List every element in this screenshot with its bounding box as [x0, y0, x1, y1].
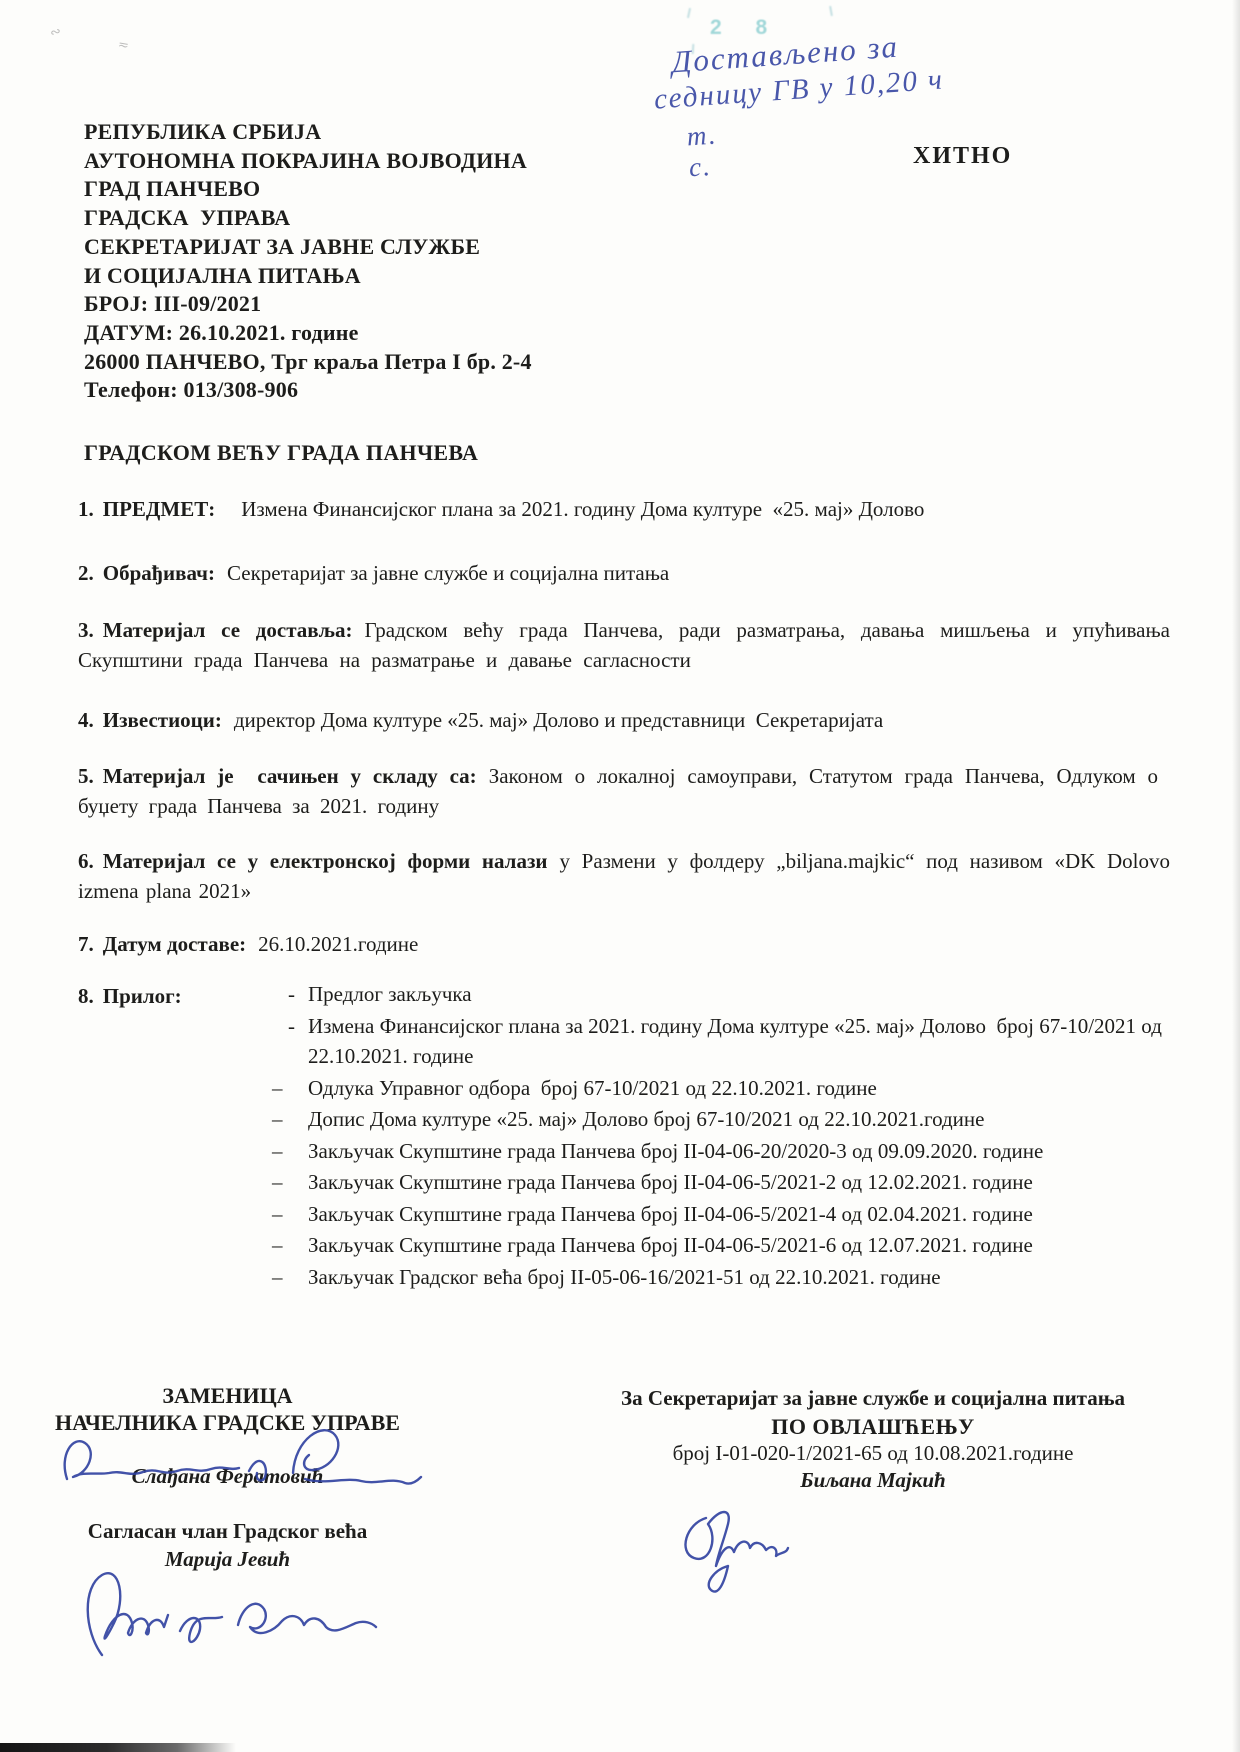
on-behalf-line: За Секретаријат за јавне службе и соција…: [548, 1386, 1198, 1411]
item-number: 3.: [78, 618, 94, 642]
attachment-text: Закључак Скупштине града Панчева број II…: [308, 1233, 1033, 1257]
authorization-number: број I-01-020-1/2021-65 од 10.08.2021.го…: [548, 1441, 1198, 1466]
signature-feratovic: [53, 1421, 425, 1505]
attachment-text: Одлука Управног одбора број 67-10/2021 о…: [308, 1076, 877, 1100]
attachment-text: Измена Финансијског плана за 2021. годин…: [308, 1014, 1167, 1069]
item-label: Датум доставе:: [103, 932, 246, 956]
item-text: директор Дома културе «25. мај» Долово и…: [234, 708, 883, 732]
attachment-row: -Измена Финансијског плана за 2021. годи…: [308, 1011, 1170, 1072]
attachment-text: Закључак Скупштине града Панчева број II…: [308, 1139, 1043, 1163]
signatory-title: ЗАМЕНИЦА: [55, 1383, 400, 1409]
urgent-label: ХИТНО: [913, 143, 1012, 170]
letterhead-line: СЕКРЕТАРИЈАТ ЗА ЈАВНЕ СЛУЖБЕ: [84, 233, 532, 262]
item-datum-dostave: 7.Датум доставе:26.10.2021.године: [78, 929, 1170, 959]
attachment-bullet: -: [288, 1011, 295, 1042]
item-label: Материјал је сачињен у складу са:: [103, 764, 477, 788]
authorization-line: ПО ОВЛАШЋЕЊУ: [548, 1414, 1198, 1440]
item-predmet: 1.ПРЕДМЕТ:Измена Финансијског плана за 2…: [78, 494, 1170, 524]
attachment-row: –Закључак Скупштине града Панчева број I…: [308, 1136, 1170, 1167]
attachment-text: Закључак Скупштине града Панчева број II…: [308, 1202, 1033, 1226]
scan-edge-artifact: [0, 1743, 236, 1752]
attachment-bullet: -: [288, 979, 295, 1010]
item-label: Известиоци:: [103, 708, 222, 732]
item-elektronska-forma: 6.Материјал се у електронској форми нала…: [78, 846, 1170, 906]
attachment-row: –Одлука Управног одбора број 67-10/2021 …: [308, 1073, 1170, 1104]
agreement-line: Сагласан члан Градског већа: [55, 1519, 400, 1544]
letterhead-line: РЕПУБЛИКА СРБИЈА: [84, 118, 532, 147]
item-izvestioci: 4.Известиоци:директор Дома културе «25. …: [78, 705, 1170, 735]
item-number: 6.: [78, 849, 94, 873]
item-number: 4.: [78, 708, 94, 732]
letterhead-line: И СОЦИЈАЛНА ПИТАЊА: [84, 262, 532, 291]
item-label: Обрађивач:: [103, 561, 215, 585]
letterhead-line: ДАТУМ: 26.10.2021. године: [84, 319, 532, 348]
scanned-document-page: ∾ ≂ 2 8 Достављено за седницу ГВ у 10,20…: [0, 0, 1240, 1752]
item-number: 1.: [78, 497, 94, 521]
attachment-text: Допис Дома културе «25. мај» Долово број…: [308, 1107, 984, 1131]
letterhead-line: ГРАД ПАНЧЕВО: [84, 175, 532, 204]
attachment-row: –Допис Дома културе «25. мај» Долово бро…: [308, 1104, 1170, 1135]
attachments-list: -Предлог закључка -Измена Финансијског п…: [308, 979, 1170, 1293]
attachment-bullet: –: [272, 1104, 283, 1135]
item-text: 26.10.2021.године: [258, 932, 418, 956]
signature-majkic: [670, 1490, 802, 1602]
attachment-bullet: –: [272, 1136, 283, 1167]
letterhead-line: ГРАДСКА УПРАВА: [84, 204, 532, 233]
item-sacinjen-u-skladu: 5.Материјал је сачињен у складу са:Закон…: [78, 761, 1158, 821]
signatory-name: Биљана Мајкић: [548, 1468, 1198, 1493]
letterhead-line: БРОЈ: III-09/2021: [84, 290, 532, 319]
scan-smudge: ∾: [48, 23, 63, 41]
recipient-title: ГРАДСКОМ ВЕЋУ ГРАДА ПАНЧЕВА: [84, 440, 478, 466]
attachment-bullet: –: [272, 1073, 283, 1104]
attachment-bullet: –: [272, 1167, 283, 1198]
attachment-text: Предлог закључка: [308, 982, 472, 1006]
attachment-text: Закључак Градског већа број II-05-06-16/…: [308, 1265, 941, 1289]
item-obradjivac: 2.Обрађивач:Секретаријат за јавне службе…: [78, 558, 1170, 588]
handwritten-note-line: т. с.: [686, 119, 721, 183]
item-number: 5.: [78, 764, 94, 788]
stamp-mark: [687, 8, 691, 18]
attachment-row: –Закључак Скупштине града Панчева број I…: [308, 1230, 1170, 1261]
letterhead-line: 26000 ПАНЧЕВО, Трг краља Петра I бр. 2-4: [84, 348, 532, 377]
letterhead-block: РЕПУБЛИКА СРБИЈА АУТОНОМНА ПОКРАЈИНА ВОЈ…: [84, 118, 532, 405]
item-label: ПРЕДМЕТ:: [103, 497, 215, 521]
item-label: Материјал се доставља:: [103, 618, 353, 642]
letterhead-line: АУТОНОМНА ПОКРАЈИНА ВОЈВОДИНА: [84, 147, 532, 176]
item-number: 7.: [78, 932, 94, 956]
item-text: Измена Финансијског плана за 2021. годин…: [241, 497, 924, 521]
item-number: 8.: [78, 984, 94, 1008]
attachment-bullet: –: [272, 1199, 283, 1230]
attachment-row: –Закључак Скупштине града Панчева број I…: [308, 1167, 1170, 1198]
item-label: Прилог:: [103, 984, 182, 1008]
item-number: 2.: [78, 561, 94, 585]
item-label: Материјал се у електронској форми налази: [103, 849, 548, 873]
scan-edge-shadow: [1232, 0, 1240, 1752]
signature-jevic: [80, 1565, 380, 1665]
attachment-row: –Закључак Скупштине града Панчева број I…: [308, 1199, 1170, 1230]
item-materijal-dostavlja: 3.Материјал се доставља:Градском већу гр…: [78, 615, 1170, 675]
attachment-bullet: –: [272, 1262, 283, 1293]
attachment-bullet: –: [272, 1230, 283, 1261]
scan-smudge: ≂: [117, 36, 131, 54]
attachment-row: –Закључак Градског већа број II-05-06-16…: [308, 1262, 1170, 1293]
item-text: Секретаријат за јавне службе и социјална…: [227, 561, 669, 585]
attachment-text: Закључак Скупштине града Панчева број II…: [308, 1170, 1033, 1194]
stamp-mark: [829, 6, 833, 16]
attachment-row: -Предлог закључка: [308, 979, 1170, 1010]
letterhead-line: Телефон: 013/308-906: [84, 376, 532, 405]
